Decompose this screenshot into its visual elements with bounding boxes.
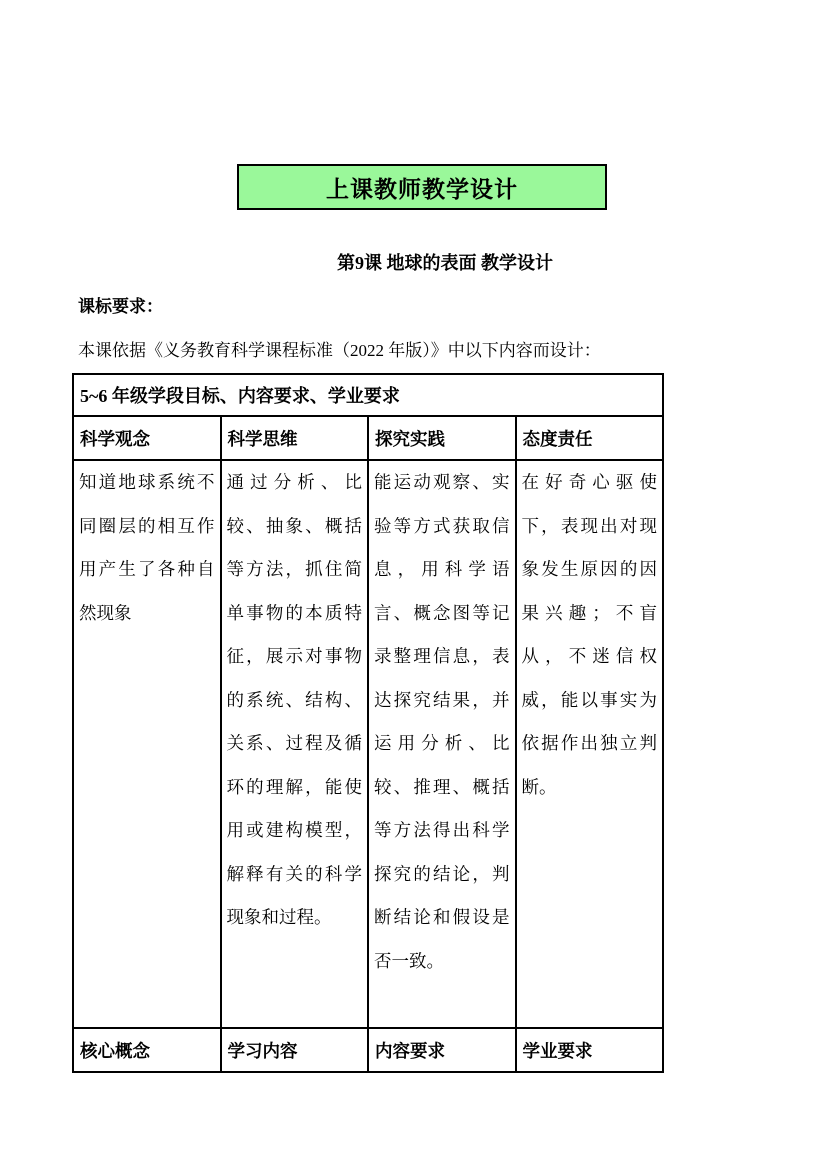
cell-inquiry-practice: 能运动观察、实验等方式获取信息，用科学语言、概念图等记录整理信息，表达探究结果，… — [368, 460, 516, 1028]
cell-attitude-responsibility: 在好奇心驱使下，表现出对现象发生原因的因果兴趣；不盲从，不迷信权威，能以事实为依… — [516, 460, 664, 1028]
footer-learning-content: 学习内容 — [221, 1028, 369, 1072]
cell-science-concept: 知道地球系统不同圈层的相互作用产生了各种自然现象 — [73, 460, 221, 1028]
cell-science-thinking: 通过分析、比较、抽象、概括等方法，抓住简单事物的本质特征，展示对事物的系统、结构… — [221, 460, 369, 1028]
footer-academic-requirements: 学业要求 — [516, 1028, 664, 1072]
table-footer-row: 核心概念 学习内容 内容要求 学业要求 — [73, 1028, 663, 1072]
footer-core-concept: 核心概念 — [73, 1028, 221, 1072]
lesson-title: 第9课 地球的表面 教学设计 — [60, 249, 827, 275]
banner-title: 上课教师教学设计 — [326, 171, 518, 204]
curriculum-requirements-label: 课标要求： — [78, 292, 163, 317]
table-caption: 5~6 年级学段目标、内容要求、学业要求 — [73, 374, 663, 416]
table-caption-row: 5~6 年级学段目标、内容要求、学业要求 — [73, 374, 663, 416]
standards-table: 5~6 年级学段目标、内容要求、学业要求 科学观念 科学思维 探究实践 态度责任… — [72, 373, 664, 1073]
intro-text: 本课依据《义务教育科学课程标准（2022 年版）》中以下内容而设计： — [78, 336, 601, 361]
footer-content-requirements: 内容要求 — [368, 1028, 516, 1072]
header-science-thinking: 科学思维 — [221, 416, 369, 460]
table-body-row: 知道地球系统不同圈层的相互作用产生了各种自然现象 通过分析、比较、抽象、概括等方… — [73, 460, 663, 1028]
table-header-row: 科学观念 科学思维 探究实践 态度责任 — [73, 416, 663, 460]
document-page: 上课教师教学设计 第9课 地球的表面 教学设计 课标要求： 本课依据《义务教育科… — [0, 0, 827, 1170]
header-inquiry-practice: 探究实践 — [368, 416, 516, 460]
header-attitude-responsibility: 态度责任 — [516, 416, 664, 460]
title-banner: 上课教师教学设计 — [237, 164, 607, 210]
header-science-concept: 科学观念 — [73, 416, 221, 460]
